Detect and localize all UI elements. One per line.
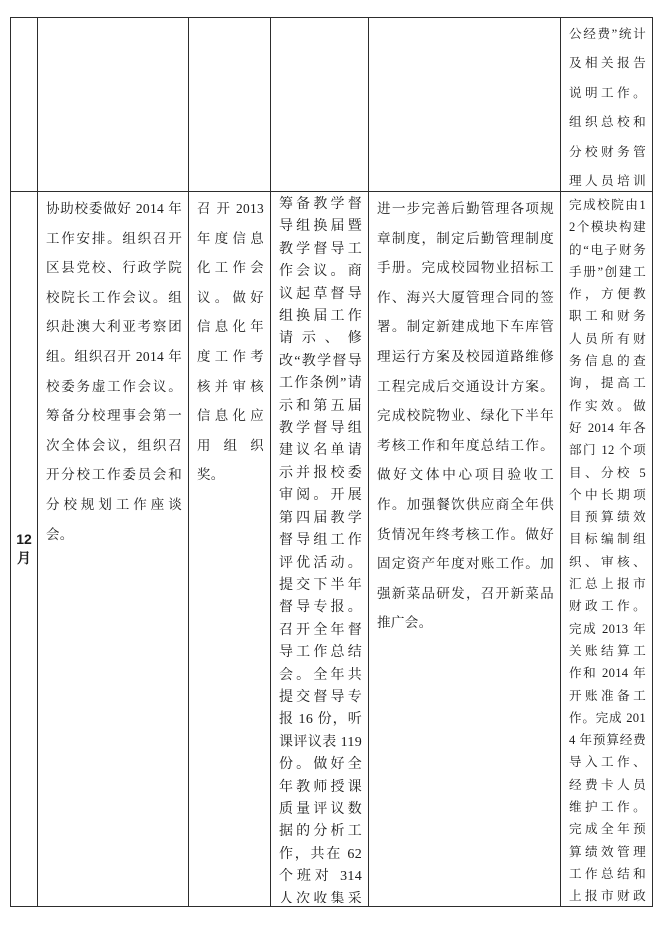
finance-cell: 完成校院由12个模块构建的“电子财务手册”创建工作，方便教职工和财务人员所有财务… (561, 192, 653, 907)
informatization-cell: 召开2013年度信息化工作会议。做好信息化年度工作考核并审核信息化应用组织奖。 (189, 192, 271, 907)
scanned-document-page: 公经费”统计及相关报告说明工作。组织总校和分校财务管理人员培训班。 12月 协助… (0, 0, 662, 936)
month-cell: 12月 (11, 192, 38, 907)
cell-text: 筹备教学督导组换届暨教学督导工作会议。商议起草督导组换届工作请示、修改“教学督导… (279, 194, 362, 903)
logistics-cell (369, 18, 561, 192)
supervision-cell (271, 18, 369, 192)
work-schedule-table: 公经费”统计及相关报告说明工作。组织总校和分校财务管理人员培训班。 12月 协助… (10, 17, 653, 907)
month-cell (11, 18, 38, 192)
logistics-cell: 进一步完善后勤管理各项规章制度，制定后勤管理制度手册。完成校园物业招标工作、海兴… (369, 192, 561, 907)
month-label: 12月 (12, 530, 36, 568)
cell-text: 进一步完善后勤管理各项规章制度，制定后勤管理制度手册。完成校园物业招标工作、海兴… (377, 194, 554, 638)
table-row-december: 12月 协助校委做好 2014 年工作安排。组织召开区县党校、行政学院校院长工作… (11, 192, 653, 907)
informatization-cell (189, 18, 271, 192)
admin-cell: 协助校委做好 2014 年工作安排。组织召开区县党校、行政学院校院长工作会议。组… (38, 192, 189, 907)
cell-text: 公经费”统计及相关报告说明工作。组织总校和分校财务管理人员培训班。 (569, 20, 646, 188)
table-row-previous-overflow: 公经费”统计及相关报告说明工作。组织总校和分校财务管理人员培训班。 (11, 18, 653, 192)
admin-cell (38, 18, 189, 192)
cell-text: 召开2013年度信息化工作会议。做好信息化年度工作考核并审核信息化应用组织奖。 (197, 194, 264, 490)
cell-text: 完成校院由12个模块构建的“电子财务手册”创建工作，方便教职工和财务人员所有财务… (569, 194, 646, 903)
supervision-cell: 筹备教学督导组换届暨教学督导工作会议。商议起草督导组换届工作请示、修改“教学督导… (271, 192, 369, 907)
cell-text: 协助校委做好 2014 年工作安排。组织召开区县党校、行政学院校院长工作会议。组… (46, 194, 182, 549)
finance-cell: 公经费”统计及相关报告说明工作。组织总校和分校财务管理人员培训班。 (561, 18, 653, 192)
